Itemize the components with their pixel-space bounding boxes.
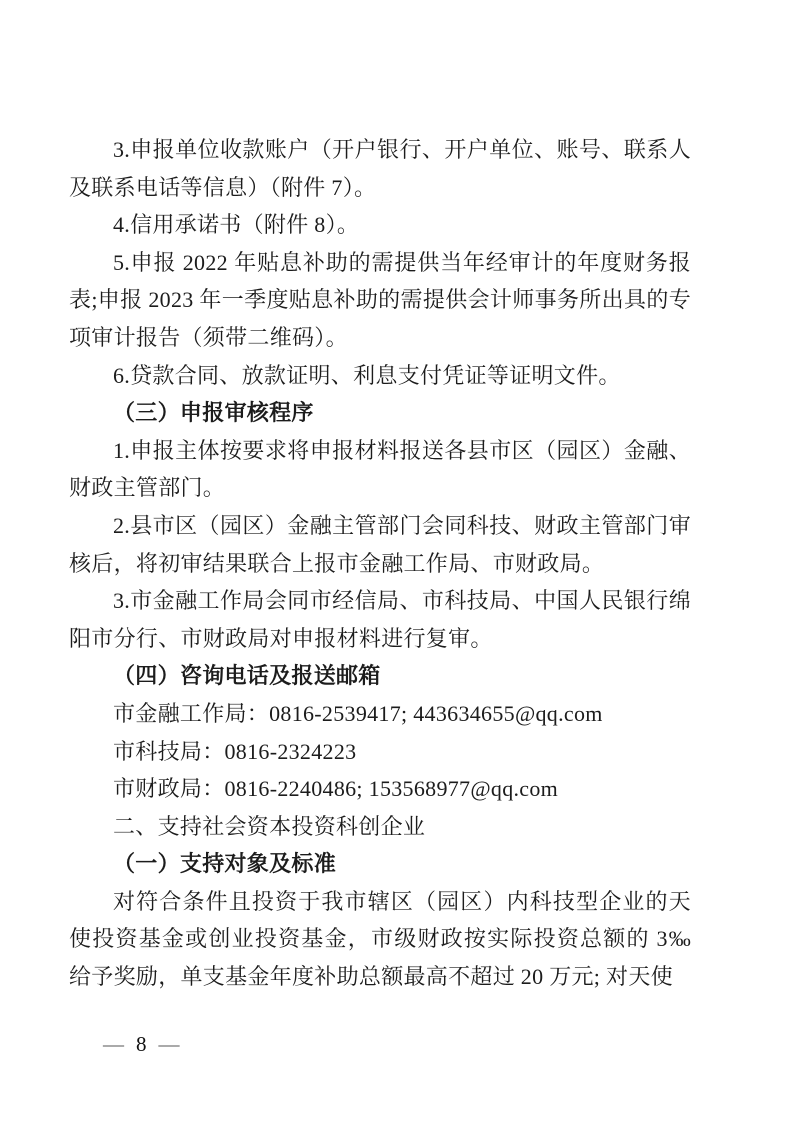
section-heading-support-targets: （一）支持对象及标准 [69, 845, 691, 883]
footer-dash-right: — [159, 1032, 180, 1056]
page-footer: —8— [103, 1030, 180, 1058]
footer-dash-left: — [103, 1032, 124, 1056]
procedure-step-1: 1.申报主体按要求将申报材料报送各县市区（园区）金融、财政主管部门。 [69, 432, 691, 507]
list-item-loan-documents: 6.贷款合同、放款证明、利息支付凭证等证明文件。 [69, 357, 691, 395]
document-content: 3.申报单位收款账户（开户银行、开户单位、账号、联系人及联系电话等信息）（附件 … [69, 131, 691, 996]
section-heading-review-procedure: （三）申报审核程序 [69, 394, 691, 432]
contact-science-bureau: 市科技局：0816-2324223 [69, 733, 691, 771]
chapter-heading-social-capital: 二、支持社会资本投资科创企业 [69, 808, 691, 846]
contact-finance-office: 市金融工作局：0816-2539417; 443634655@qq.com [69, 695, 691, 733]
document-page: 3.申报单位收款账户（开户银行、开户单位、账号、联系人及联系电话等信息）（附件 … [0, 0, 793, 1122]
procedure-step-3: 3.市金融工作局会同市经信局、市科技局、中国人民银行绵阳市分行、市财政局对申报材… [69, 582, 691, 657]
section-heading-contact-info: （四）咨询电话及报送邮箱 [69, 657, 691, 695]
procedure-step-2: 2.县市区（园区）金融主管部门会同科技、财政主管部门审核后，将初审结果联合上报市… [69, 507, 691, 582]
contact-finance-bureau: 市财政局：0816-2240486; 153568977@qq.com [69, 770, 691, 808]
page-number: 8 [136, 1032, 147, 1056]
list-item-audit-report: 5.申报 2022 年贴息补助的需提供当年经审计的年度财务报表;申报 2023 … [69, 244, 691, 357]
list-item-credit-letter: 4.信用承诺书（附件 8）。 [69, 206, 691, 244]
list-item-attachment-account: 3.申报单位收款账户（开户银行、开户单位、账号、联系人及联系电话等信息）（附件 … [69, 131, 691, 206]
paragraph-support-standard: 对符合条件且投资于我市辖区（园区）内科技型企业的天使投资基金或创业投资基金，市级… [69, 883, 691, 996]
